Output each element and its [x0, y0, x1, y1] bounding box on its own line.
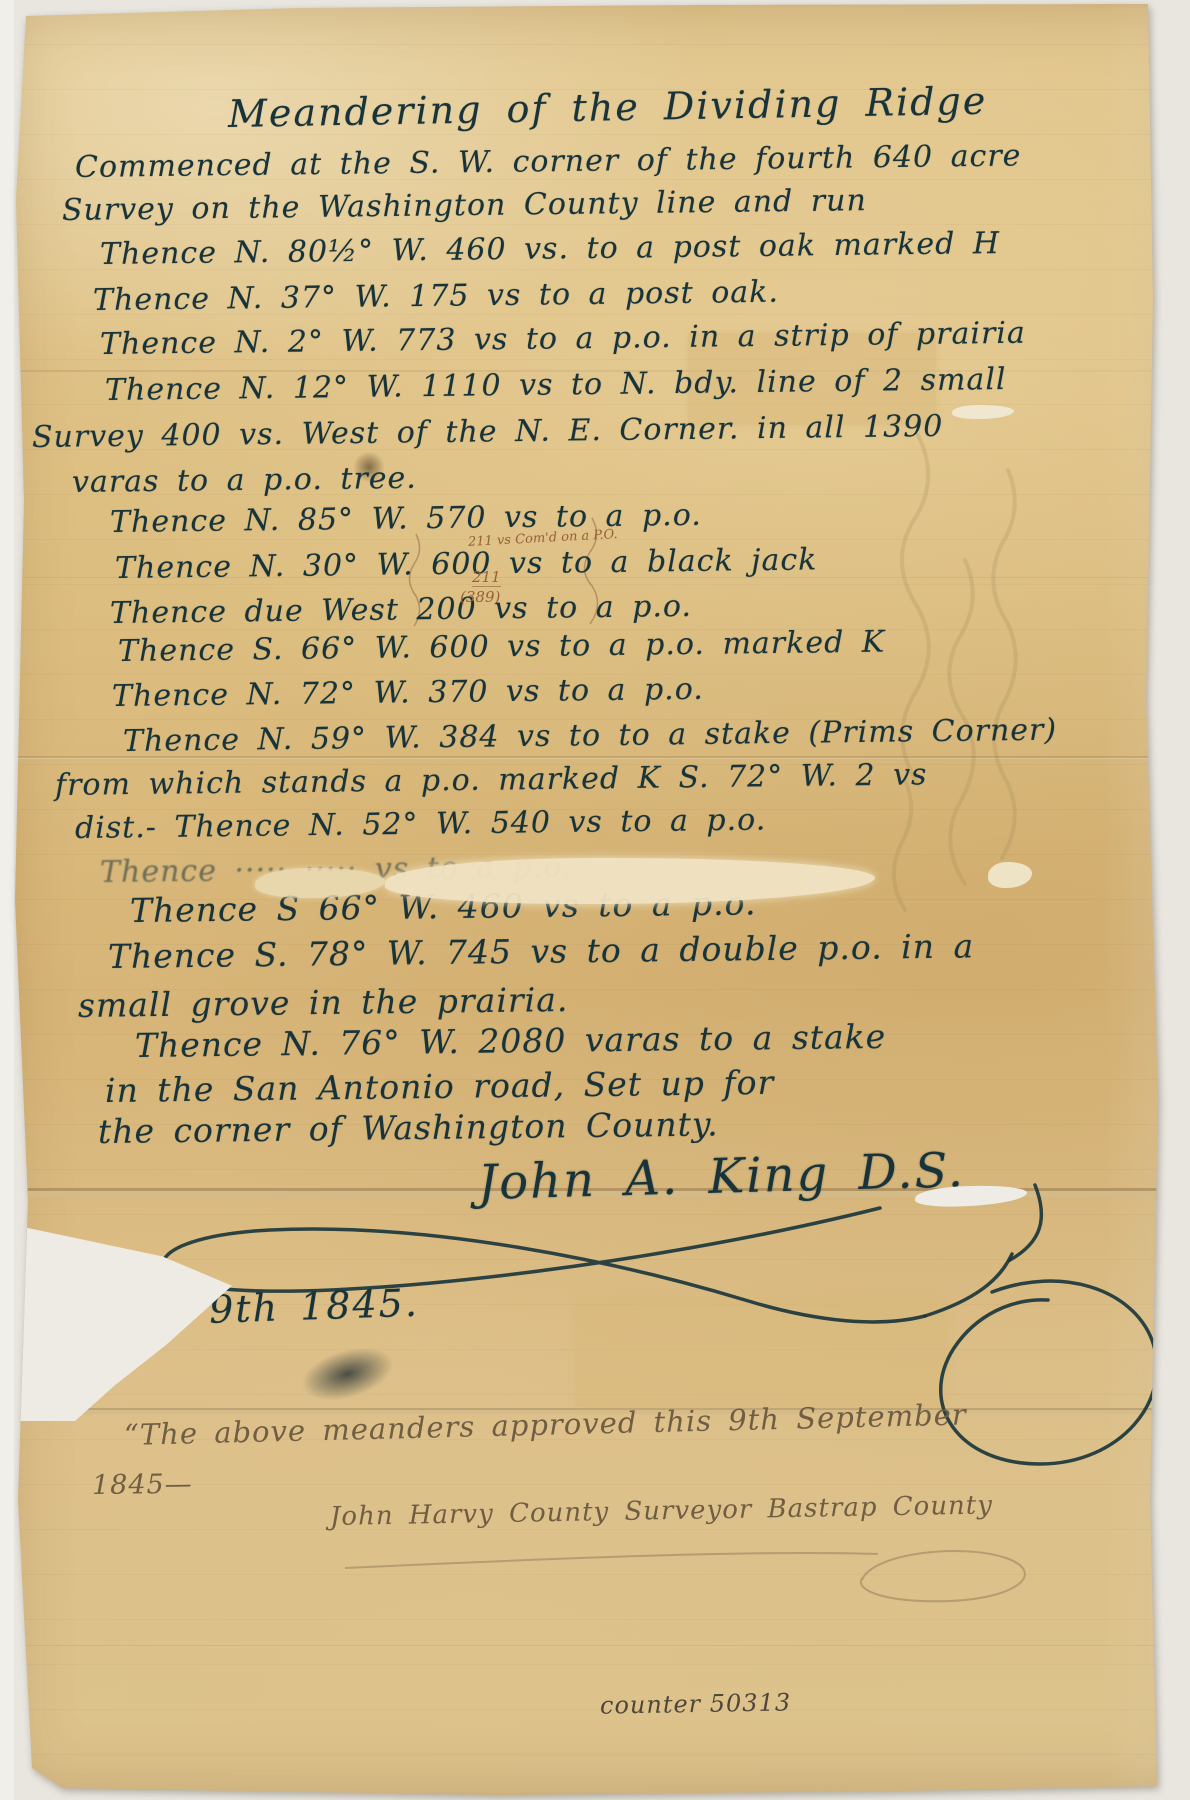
- fold-line: [0, 1645, 1190, 1646]
- paper-wrap: Meandering of the Dividing Ridge Commenc…: [0, 0, 1190, 1800]
- approval-line: 1845—: [92, 1469, 193, 1501]
- counter-label: counter 50313: [600, 1688, 792, 1719]
- tape-patch: [575, 1297, 947, 1407]
- manuscript-line: Thence due West 200 vs to a p.o.: [110, 589, 692, 631]
- manuscript-line: in the San Antonio road, Set up for: [105, 1063, 775, 1110]
- manuscript-line: the corner of Washington County.: [98, 1104, 719, 1151]
- manuscript-line: Thence N. 72° W. 370 vs to a p.o.: [112, 672, 704, 714]
- pencil-annotation: 211: [472, 568, 501, 587]
- manuscript-line: small grove in the prairia.: [78, 980, 569, 1025]
- manuscript-paper: Meandering of the Dividing Ridge Commenc…: [0, 0, 1190, 1800]
- manuscript-line: varas to a p.o. tree.: [72, 461, 417, 500]
- scanned-document: Meandering of the Dividing Ridge Commenc…: [0, 0, 1190, 1800]
- pencil-annotation: (389): [460, 588, 500, 606]
